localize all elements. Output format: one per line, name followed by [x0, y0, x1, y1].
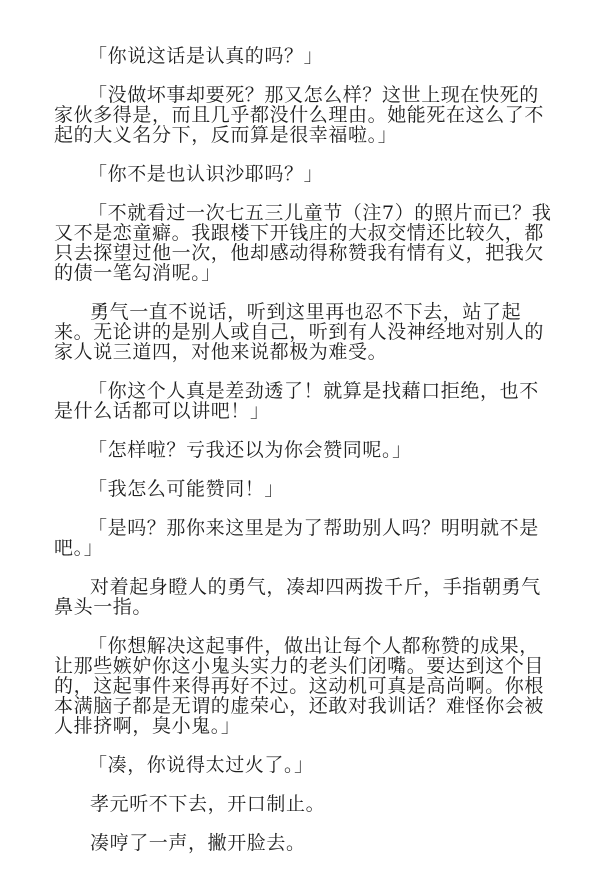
narration-paragraph: 凑哼了一声，撇开脸去。	[54, 833, 558, 853]
dialogue-paragraph: 「你这个人真是差劲透了！就算是找藉口拒绝，也不是什么话都可以讲吧！」	[54, 381, 558, 421]
dialogue-paragraph: 「你不是也认识沙耶吗？」	[54, 164, 558, 184]
narration-paragraph: 孝元听不下去，开口制止。	[54, 794, 558, 814]
narration-paragraph: 勇气一直不说话，听到这里再也忍不下去，站了起来。无论讲的是别人或自己，听到有人没…	[54, 302, 558, 362]
narration-paragraph: 对着起身瞪人的勇气，凑却四两拨千斤，手指朝勇气鼻头一指。	[54, 577, 558, 617]
dialogue-paragraph: 「我怎么可能赞同！」	[54, 479, 558, 499]
dialogue-paragraph: 「凑，你说得太过火了。」	[54, 755, 558, 775]
dialogue-paragraph: 「没做坏事却要死？那又怎么样？这世上现在快死的家伙多得是，而且几乎都没什么理由。…	[54, 85, 558, 145]
dialogue-paragraph: 「怎样啦？亏我还以为你会赞同呢。」	[54, 440, 558, 460]
dialogue-paragraph: 「不就看过一次七五三儿童节（注7）的照片而已？我又不是恋童癖。我跟楼下开钱庄的大…	[54, 203, 558, 283]
dialogue-paragraph: 「是吗？那你来这里是为了帮助别人吗？明明就不是吧。」	[54, 518, 558, 558]
document-page: 「你说这话是认真的吗？」 「没做坏事却要死？那又怎么样？这世上现在快死的家伙多得…	[54, 46, 558, 869]
dialogue-paragraph: 「你想解决这起事件，做出让每个人都称赞的成果，让那些嫉妒你这小鬼头实力的老头们闭…	[54, 636, 558, 736]
dialogue-paragraph: 「你说这话是认真的吗？」	[54, 46, 558, 66]
